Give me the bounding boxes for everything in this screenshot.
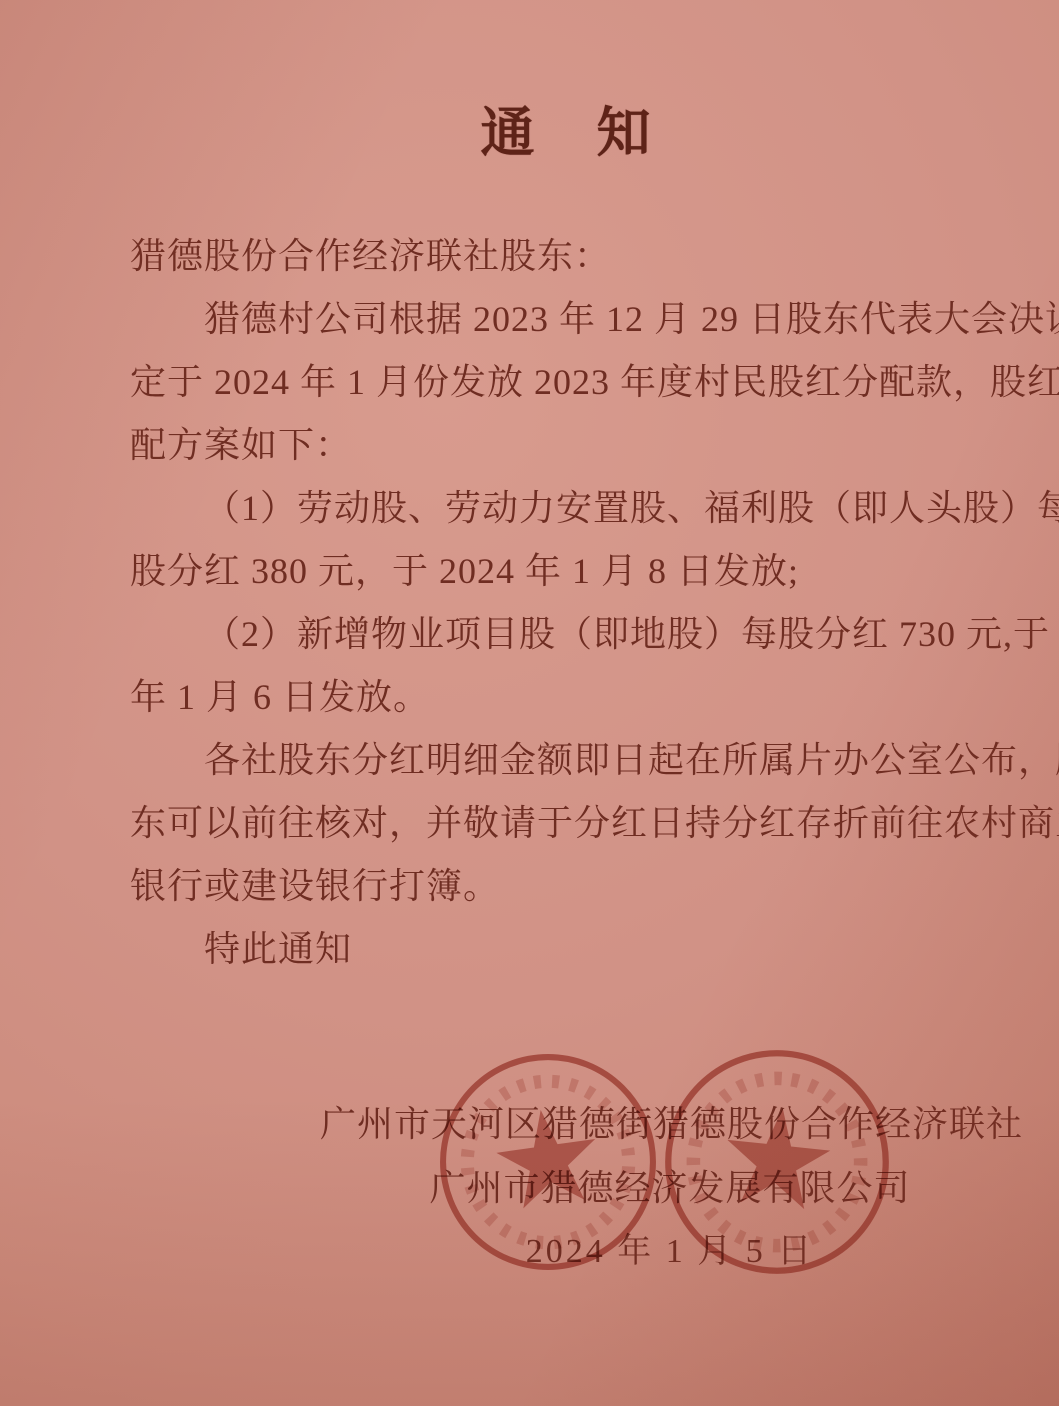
body-line: 东可以前往核对，并敬请于分红日持分红存折前往农村商业 (130, 792, 989, 855)
signature-date-line: 2024 年 1 月 5 日 (320, 1220, 1020, 1284)
body-line-item2: （2）新增物业项目股（即地股）每股分红 730 元,于 2024 (130, 603, 989, 666)
body-line: 定于 2024 年 1 月份发放 2023 年度村民股红分配款，股红分 (130, 351, 989, 414)
body-line-item1: （1）劳动股、劳动力安置股、福利股（即人头股）每 (130, 477, 989, 540)
notice-title: 通 知 (38, 0, 1059, 167)
signature-org-line-2: 广州市猎德经济发展有限公司 (320, 1156, 1020, 1220)
signature-org-line-1: 广州市天河区猎德街猎德股份合作经济联社 (320, 1092, 1020, 1156)
body-line: 猎德村公司根据 2023 年 12 月 29 日股东代表大会决议 (130, 288, 989, 351)
closing-line: 特此通知 (130, 918, 989, 981)
body-line-item2: 年 1 月 6 日发放。 (130, 666, 989, 729)
notice-body: 猎德股份合作经济联社股东： 猎德村公司根据 2023 年 12 月 29 日股东… (130, 225, 989, 981)
body-line: 配方案如下： (130, 414, 989, 477)
body-line-item1: 股分红 380 元，于 2024 年 1 月 8 日发放; (130, 540, 989, 603)
signature-block: 广州市天河区猎德街猎德股份合作经济联社 广州市猎德经济发展有限公司 2024 年… (320, 1092, 1020, 1284)
salutation-line: 猎德股份合作经济联社股东： (130, 225, 989, 288)
notice-document-page: 通 知 猎德股份合作经济联社股东： 猎德村公司根据 2023 年 12 月 29… (0, 0, 1059, 1406)
body-line: 各社股东分红明细金额即日起在所属片办公室公布，股 (130, 729, 989, 792)
body-line: 银行或建设银行打簿。 (130, 855, 989, 918)
